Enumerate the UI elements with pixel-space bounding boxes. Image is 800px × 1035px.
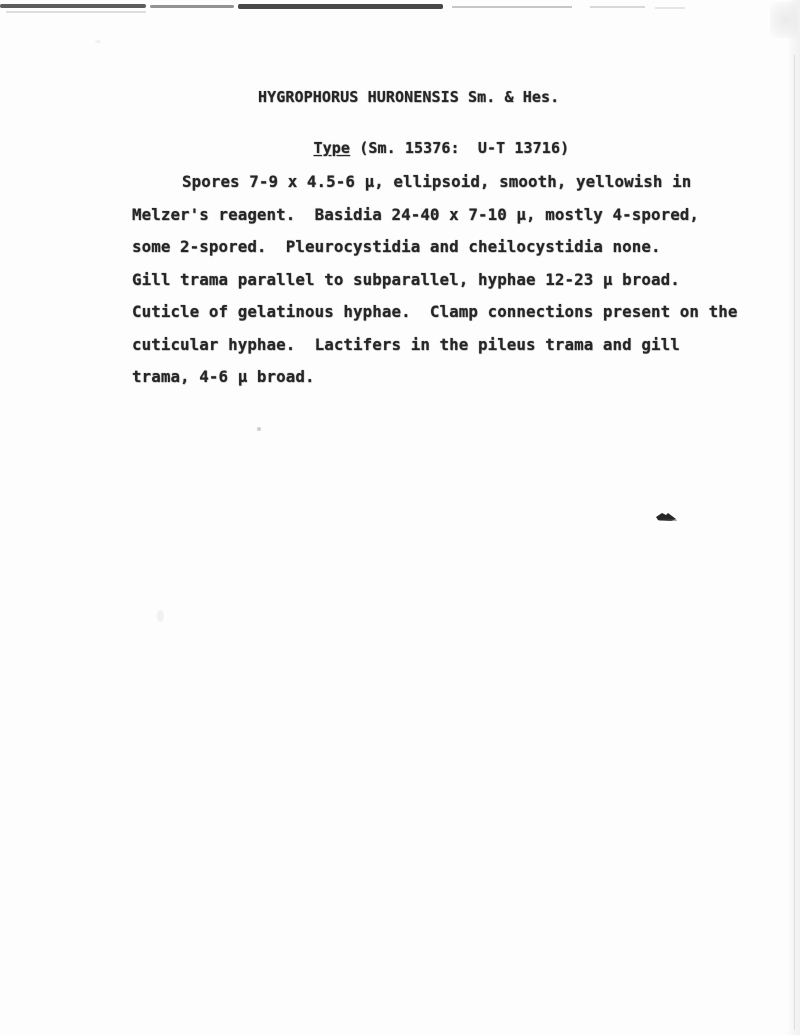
body-line: some 2-spored. Pleurocystidia and cheilo… — [132, 231, 737, 264]
body-line: trama, 4-6 μ broad. — [132, 361, 737, 394]
type-label-underlined: Type — [314, 139, 351, 157]
body-line: Cuticle of gelatinous hyphae. Clamp conn… — [132, 296, 737, 329]
scan-edge-artifact — [150, 5, 234, 8]
stray-speck — [157, 610, 164, 622]
scan-edge-shadow — [786, 0, 800, 1035]
scan-corner-smudge — [770, 2, 798, 38]
scan-edge-line — [794, 55, 795, 1030]
document-title: HYGROPHORUS HURONENSIS Sm. & Hes. — [258, 88, 559, 106]
type-citation-numbers: (Sm. 15376: U-T 13716) — [350, 139, 569, 157]
body-line: Melzer's reagent. Basidia 24-40 x 7-10 μ… — [132, 199, 737, 232]
description-paragraph: Spores 7-9 x 4.5-6 μ, ellipsoid, smooth,… — [132, 166, 737, 394]
scanned-document-page: HYGROPHORUS HURONENSIS Sm. & Hes. Type (… — [0, 0, 800, 1035]
scan-edge-artifact — [452, 6, 572, 8]
body-line: Spores 7-9 x 4.5-6 μ, ellipsoid, smooth,… — [132, 166, 737, 199]
scan-edge-artifact — [655, 7, 685, 9]
scan-edge-artifact — [590, 6, 645, 8]
scan-edge-artifact — [238, 4, 443, 9]
body-line: cuticular hyphae. Lactifers in the pileu… — [132, 329, 737, 362]
body-line: Gill trama parallel to subparallel, hyph… — [132, 264, 737, 297]
scan-edge-artifact — [6, 11, 146, 13]
stray-speck — [95, 40, 101, 43]
scan-edge-artifact — [0, 4, 146, 8]
stray-speck — [257, 427, 261, 431]
ink-smudge-mark — [654, 509, 680, 525]
